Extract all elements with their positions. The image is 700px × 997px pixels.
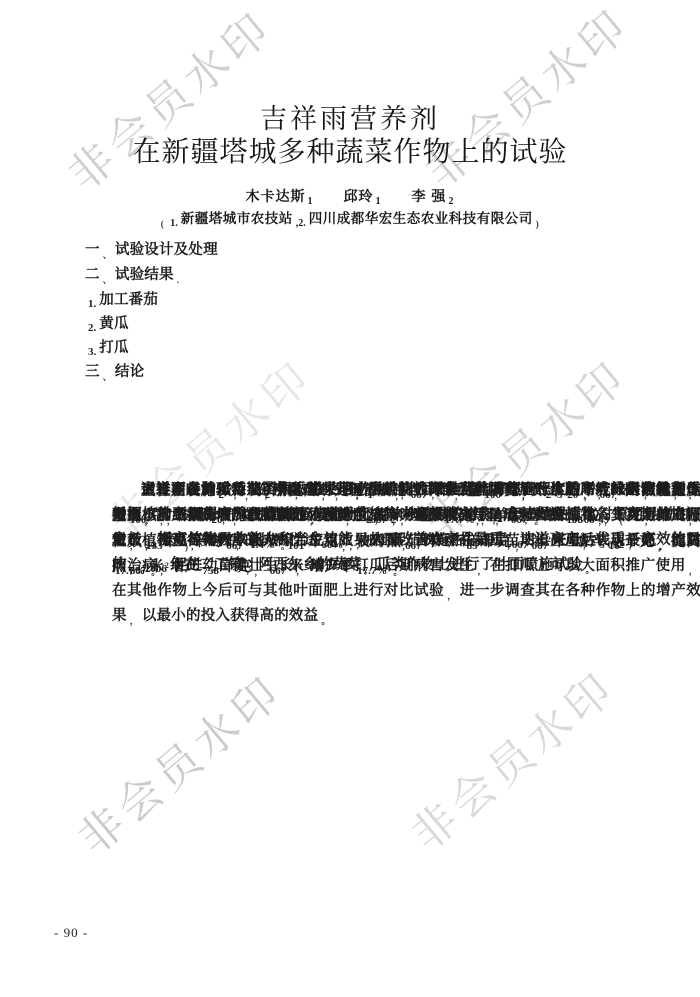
text-run: 黄瓜 — [99, 316, 128, 332]
text-run: 但从综合应用效果来看 — [249, 533, 400, 549]
paper-title-line2: 在新疆塔城多种蔬菜作物上的试验 — [0, 137, 700, 169]
punctuation: ， — [644, 490, 653, 500]
punctuation: ” — [305, 490, 310, 500]
watermark: 非会员水印 — [395, 653, 628, 863]
punctuation: 、 — [103, 275, 112, 285]
punctuation: ， — [689, 566, 698, 576]
text-run: 三 — [85, 364, 100, 380]
author-name-text: 木卡达斯 — [246, 188, 306, 204]
author-name: 木卡达斯1 — [246, 188, 314, 204]
section-heading: 三、结论 — [56, 362, 645, 387]
text-run: 其次为打瓜 — [611, 508, 686, 524]
text-run: 增产 — [411, 508, 441, 524]
punctuation: ， — [402, 541, 412, 551]
punctuation: ， — [145, 541, 155, 551]
author-affil-marker: 1 — [376, 196, 382, 207]
punctuation: . — [177, 275, 179, 285]
text-run: 吉祥雨 — [257, 482, 302, 498]
text-run: 试验设计及处理 — [115, 242, 218, 258]
punctuation: ， — [130, 616, 139, 626]
punctuation: ， — [447, 591, 457, 601]
text-run: 结论 — [115, 364, 144, 380]
punctuation: ， — [481, 516, 491, 526]
body-paragraph: 通过多点试验，“吉祥雨”在各种作物上叶面喷施后均有不同程度的增产效果，几种作物中… — [112, 480, 700, 631]
punctuation: 、 — [103, 250, 112, 260]
punctuation: ， — [598, 516, 608, 526]
text-run: 在其他作物上今后可与其他叶面肥上进行对比试验 — [112, 583, 444, 599]
article-body: 吉祥雨是针对瓜菜类作物的生理，生长特性，集营养调节于一体的高级抗病营养剂，根据植… — [56, 240, 645, 387]
inline-number: 667 — [370, 514, 387, 526]
inline-number: 3. — [88, 346, 96, 358]
text-run: 吉祥雨在打瓜苗期上应用后表现最好 — [415, 533, 656, 549]
inline-number: 1. — [88, 298, 96, 310]
text-run: 四川成都华宏生态农业科技有限公司 — [309, 211, 533, 226]
text-run: 黄瓜 — [112, 533, 142, 549]
paper-title: 吉祥雨营养剂 在新疆塔城多种蔬菜作物上的试验 — [0, 104, 700, 169]
punctuation: ， — [160, 566, 170, 576]
punctuation: ， — [234, 490, 243, 500]
punctuation: ， — [659, 541, 669, 551]
inline-number: 6 — [572, 514, 578, 526]
author-affil-marker: 2 — [448, 196, 454, 207]
text-run: 二 — [85, 267, 100, 283]
affiliation-line: (1.新疆塔城市农技站,2.四川成都华宏生态农业科技有限公司) — [0, 207, 700, 229]
inline-number: ,2. — [296, 218, 306, 229]
text-run: 通过多点试验 — [141, 482, 231, 498]
section-heading: 一、试验设计及处理 — [56, 240, 645, 265]
author-name: 邱玲1 — [344, 188, 382, 204]
superscript: 2 — [406, 510, 410, 519]
text-run: 加工番茄 — [99, 292, 158, 308]
punctuation: ， — [689, 516, 698, 526]
text-run: 西瓜等作物 — [158, 533, 233, 549]
text-run: 一 — [85, 242, 100, 258]
punctuation: ， — [310, 516, 320, 526]
author-name: 李 强2 — [412, 188, 455, 204]
sub-heading: 2.黄瓜 — [56, 314, 645, 338]
text-run: 减少了打瓜后期病害发生 — [309, 558, 475, 574]
section-heading: 二、试验结果. — [56, 265, 645, 290]
text-run: 新疆塔城市农技站 — [181, 211, 293, 226]
page-number: - 90 - — [54, 925, 88, 941]
punctuation: ， — [236, 541, 246, 551]
text-run: 米 — [390, 508, 405, 524]
watermark: 非会员水印 — [409, 0, 642, 200]
text-run: 较对照 — [322, 508, 367, 524]
inline-number: 1. — [170, 218, 178, 229]
sub-heading: 1.加工番茄 — [56, 290, 645, 314]
text-run: 促进幼苗健壮生长 — [173, 558, 293, 574]
punctuation: ( — [161, 219, 165, 229]
punctuation: “ — [249, 490, 254, 500]
text-run: 试验结果 — [115, 267, 174, 283]
author-name-text: 邱玲 — [344, 188, 374, 204]
watermark: 非会员水印 — [62, 657, 295, 867]
watermark: 非会员水印 — [52, 0, 285, 203]
punctuation: 。 — [321, 616, 330, 626]
text-run: 在打瓜上可以大面积推广使用 — [490, 558, 686, 574]
author-affil-marker: 1 — [308, 196, 314, 207]
text-run: 在各种作物上叶面喷施后均有不同程度的增产效果 — [312, 482, 641, 498]
punctuation: ) — [536, 219, 540, 229]
punctuation: ， — [296, 566, 306, 576]
punctuation: 、 — [103, 372, 112, 382]
text-run: 打瓜 — [99, 340, 128, 356]
paper-title-line1: 吉祥雨营养剂 — [0, 104, 700, 135]
inline-number: 17.7% — [445, 514, 475, 526]
inline-number: 2. — [88, 322, 96, 334]
text-run: 以最小的投入获得高的效益 — [142, 608, 318, 624]
punctuation: ， — [477, 566, 487, 576]
scanned-paper-page: 非会员水印 非会员水印 非会员水印 非会员水印 非会员水印 非会员水印 吉祥雨营… — [0, 0, 700, 997]
text-run: 单果重增加 — [494, 508, 569, 524]
author-name-text: 李 强 — [412, 188, 447, 204]
text-run: 克 — [580, 508, 595, 524]
sub-heading: 3.打瓜 — [56, 338, 645, 362]
authors-line: 木卡达斯1邱玲1李 强2 — [0, 186, 700, 207]
